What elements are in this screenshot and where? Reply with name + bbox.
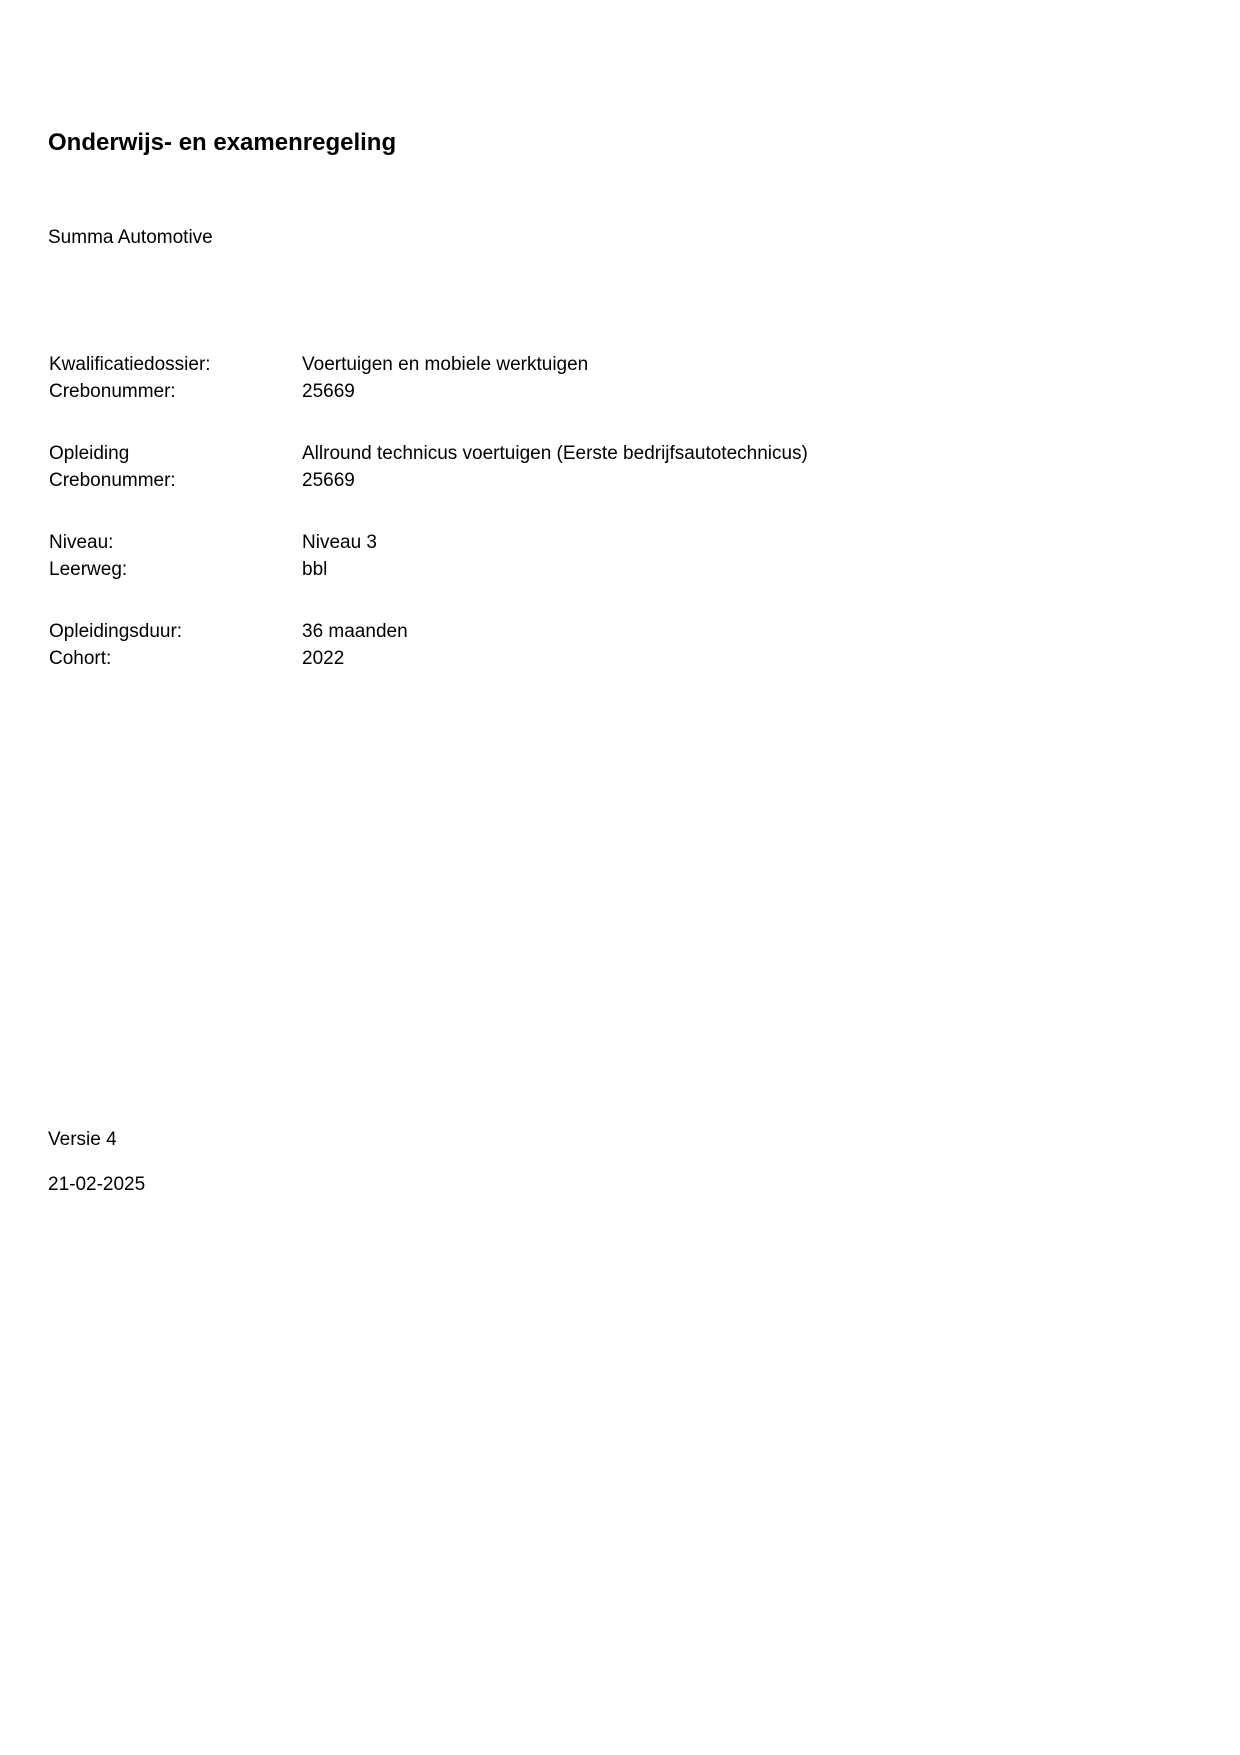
info-label: Kwalificatiedossier: <box>49 352 302 379</box>
info-row: Opleiding Allround technicus voertuigen … <box>49 441 808 468</box>
document-title: Onderwijs- en examenregeling <box>48 131 396 155</box>
info-value: Niveau 3 <box>302 530 377 557</box>
info-label: Opleiding <box>49 441 302 468</box>
info-row: Kwalificatiedossier: Voertuigen en mobie… <box>49 352 808 379</box>
document-info-table: Kwalificatiedossier: Voertuigen en mobie… <box>49 352 808 708</box>
info-row: Leerweg: bbl <box>49 557 808 584</box>
info-row: Crebonummer: 25669 <box>49 468 808 495</box>
info-value: Voertuigen en mobiele werktuigen <box>302 352 588 379</box>
info-group-program: Opleiding Allround technicus voertuigen … <box>49 441 808 494</box>
document-date: 21-02-2025 <box>48 1175 145 1194</box>
info-group-qualification: Kwalificatiedossier: Voertuigen en mobie… <box>49 352 808 405</box>
info-value: 2022 <box>302 646 344 673</box>
info-group-duration: Opleidingsduur: 36 maanden Cohort: 2022 <box>49 619 808 672</box>
document-version: Versie 4 <box>48 1130 117 1149</box>
info-label: Niveau: <box>49 530 302 557</box>
info-value: 25669 <box>302 468 355 495</box>
info-group-level: Niveau: Niveau 3 Leerweg: bbl <box>49 530 808 583</box>
info-row: Cohort: 2022 <box>49 646 808 673</box>
info-value: 25669 <box>302 379 355 406</box>
info-label: Crebonummer: <box>49 379 302 406</box>
info-label: Opleidingsduur: <box>49 619 302 646</box>
info-row: Niveau: Niveau 3 <box>49 530 808 557</box>
info-value: bbl <box>302 557 327 584</box>
info-label: Leerweg: <box>49 557 302 584</box>
info-label: Crebonummer: <box>49 468 302 495</box>
info-value: Allround technicus voertuigen (Eerste be… <box>302 441 808 468</box>
organization-name: Summa Automotive <box>48 228 213 247</box>
info-value: 36 maanden <box>302 619 408 646</box>
info-row: Opleidingsduur: 36 maanden <box>49 619 808 646</box>
info-row: Crebonummer: 25669 <box>49 379 808 406</box>
info-label: Cohort: <box>49 646 302 673</box>
